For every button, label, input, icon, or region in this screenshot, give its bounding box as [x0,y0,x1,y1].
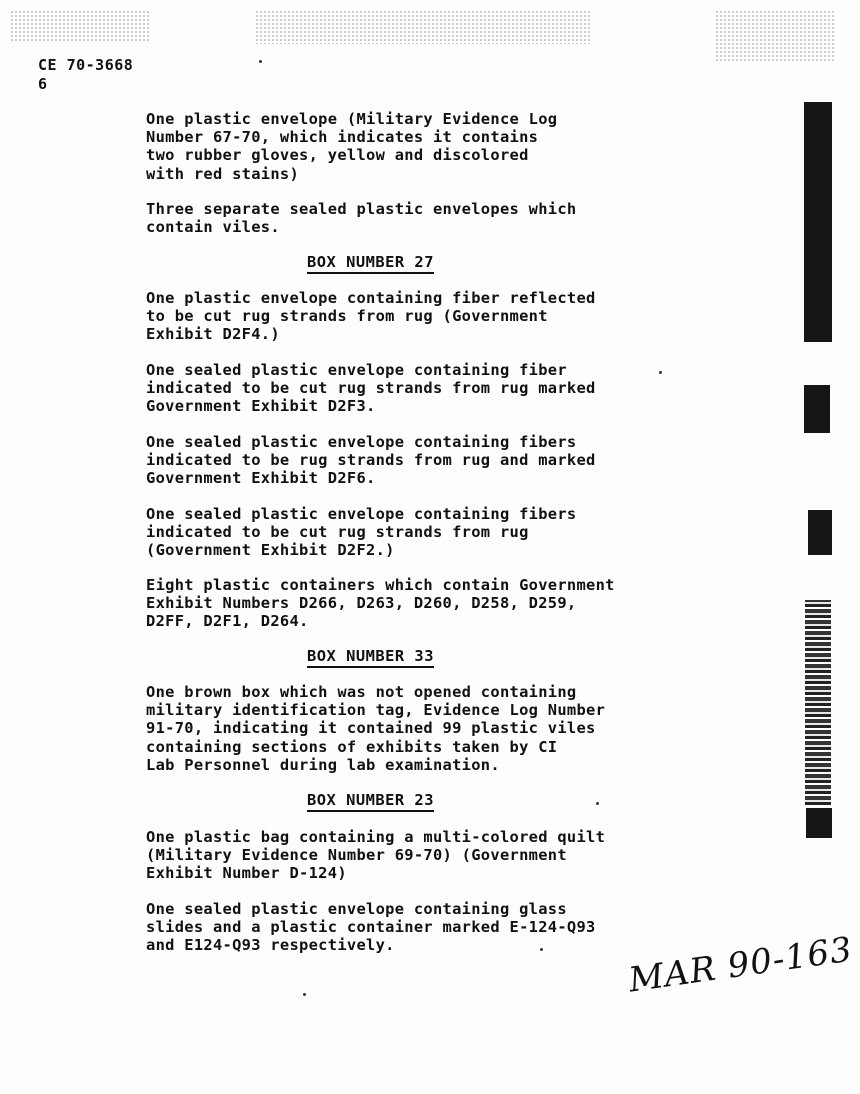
page-number: 6 [38,75,47,93]
evidence-item: One plastic bag containing a multi-color… [146,828,605,883]
scan-edge-bar-4 [805,600,831,805]
evidence-item: One sealed plastic envelope containing f… [146,505,576,560]
scan-edge-bar-3 [808,510,832,555]
scan-noise-top-left [10,10,150,42]
evidence-item: Eight plastic containers which contain G… [146,576,615,631]
evidence-item: One sealed plastic envelope containing f… [146,433,596,488]
evidence-item: One sealed plastic envelope containing g… [146,900,596,955]
evidence-item: One brown box which was not opened conta… [146,683,605,774]
scan-speck [596,802,599,805]
scan-edge-bar-1 [804,102,832,342]
scan-speck [303,993,306,996]
section-heading-box-23: BOX NUMBER 23 [307,791,434,812]
file-number: CE 70-3668 [38,56,133,74]
scan-edge-bar-2 [804,385,830,433]
handwritten-note: MAR 90-163 [626,930,855,1001]
section-heading-box-27: BOX NUMBER 27 [307,253,434,274]
evidence-item: One plastic envelope (Military Evidence … [146,110,557,183]
scan-edge-bar-5 [806,808,832,838]
evidence-item: One plastic envelope containing fiber re… [146,289,596,344]
scan-noise-top-center [255,10,590,44]
scan-speck [659,371,662,374]
evidence-item: One sealed plastic envelope containing f… [146,361,596,416]
scan-speck [540,948,543,951]
scan-speck [259,60,262,63]
document-page: CE 70-3668 6 One plastic envelope (Milit… [0,0,860,1094]
evidence-item: Three separate sealed plastic envelopes … [146,200,576,236]
section-heading-box-33: BOX NUMBER 33 [307,647,434,668]
scan-noise-top-right [715,10,835,62]
